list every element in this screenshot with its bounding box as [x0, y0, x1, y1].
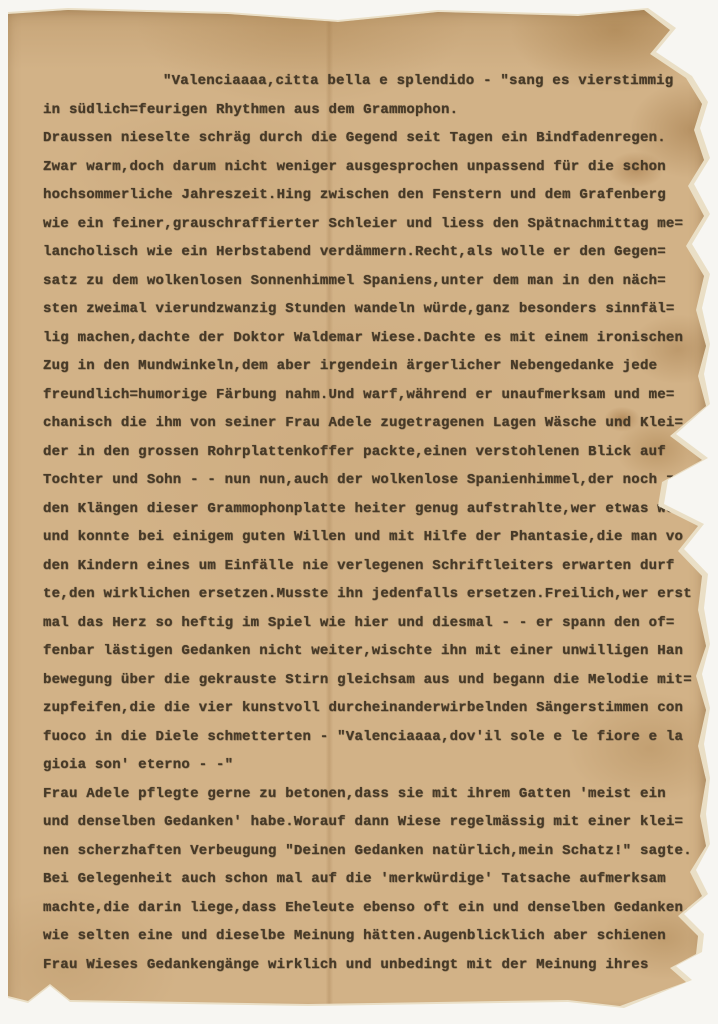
typewritten-line: Frau Adele pflegte gerne zu betonen,dass…: [43, 780, 703, 809]
typewritten-line: te,den wirklichen ersetzen.Musste ihn je…: [43, 580, 703, 609]
typewritten-line: lig machen,dachte der Doktor Waldemar Wi…: [43, 324, 703, 353]
typewritten-line: bewegung über die gekrauste Stirn gleich…: [43, 666, 703, 695]
typed-lines: "Valenciaaaa,citta bella e splendido - "…: [43, 67, 703, 979]
aged-paper-sheet: "Valenciaaaa,citta bella e splendido - "…: [8, 10, 706, 1008]
typewritten-line: und denselben Gedanken' habe.Worauf dann…: [43, 808, 703, 837]
typewritten-line: der in den grossen Rohrplattenkoffer pac…: [43, 438, 703, 467]
typewritten-line: den Klängen dieser Grammophonplatte heit…: [43, 495, 703, 524]
typewritten-line: chanisch die ihm von seiner Frau Adele z…: [43, 409, 703, 438]
typewritten-line: freundlich=humorige Färbung nahm.Und war…: [43, 381, 703, 410]
typewritten-line: zupfeifen,die die vier kunstvoll durchei…: [43, 694, 703, 723]
typewritten-line: wie ein feiner,grauschraffierter Schleie…: [43, 210, 703, 239]
typewritten-line: machte,die darin liege,dass Eheleute ebe…: [43, 894, 703, 923]
typewritten-line: den Kindern eines um Einfälle nie verleg…: [43, 552, 703, 581]
typewritten-line: und konnte bei einigem guten Willen und …: [43, 523, 703, 552]
typewritten-line: "Valenciaaaa,citta bella e splendido - "…: [43, 67, 703, 96]
typewritten-line: nen scherzhaften Verbeugung "Deinen Geda…: [43, 837, 703, 866]
typewritten-line: satz zu dem wolkenlosen Sonnenhimmel Spa…: [43, 267, 703, 296]
typewritten-line: lancholisch wie ein Herbstabend verdämme…: [43, 238, 703, 267]
typewritten-line: Bei Gelegenheit auch schon mal auf die '…: [43, 865, 703, 894]
typewritten-line: hochsommerliche Jahreszeit.Hing zwischen…: [43, 181, 703, 210]
typewritten-line: Tochter und Sohn - - nun nun,auch der wo…: [43, 466, 703, 495]
typewritten-line: in südlich=feurigen Rhythmen aus dem Gra…: [43, 96, 703, 125]
typewritten-line: Zug in den Mundwinkeln,dem aber irgendei…: [43, 352, 703, 381]
typewritten-line: fenbar lästigen Gedanken nicht weiter,wi…: [43, 637, 703, 666]
typewritten-line: fuoco in die Diele schmetterten - "Valen…: [43, 723, 703, 752]
manuscript-page: "Valenciaaaa,citta bella e splendido - "…: [8, 8, 710, 1012]
typewritten-line: gioia son' eterno - -": [43, 751, 703, 780]
typewritten-line: Draussen nieselte schräg durch die Gegen…: [43, 124, 703, 153]
typewritten-line: sten zweimal vierundzwanzig Stunden wand…: [43, 295, 703, 324]
typewritten-line: Frau Wieses Gedankengänge wirklich und u…: [43, 951, 703, 980]
typewritten-line: mal das Herz so heftig im Spiel wie hier…: [43, 609, 703, 638]
typewritten-line: Zwar warm,doch darum nicht weniger ausge…: [43, 153, 703, 182]
typewritten-line: wie selten eine und dieselbe Meinung hät…: [43, 922, 703, 951]
